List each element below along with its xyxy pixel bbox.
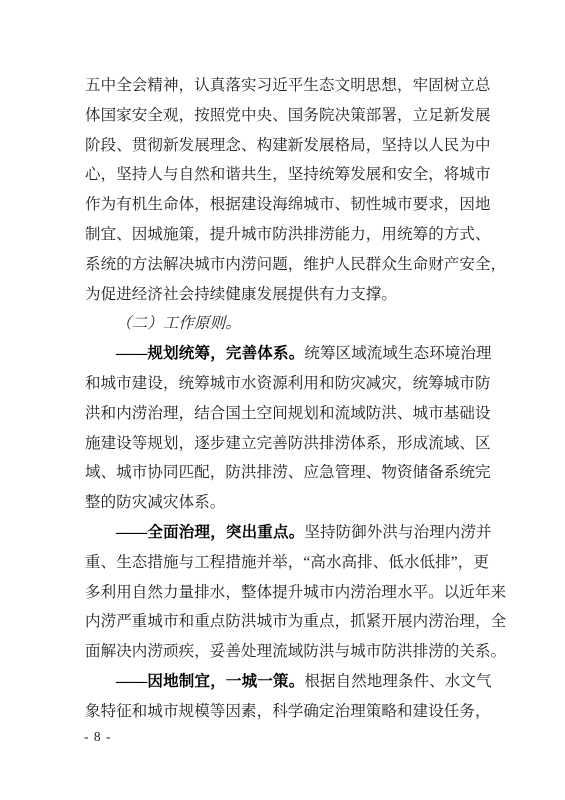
text-line: 内涝严重城市和重点防洪城市为重点，抓紧开展内涝治理，全: [85, 607, 492, 637]
emphasis-run: ——规划统筹，完善体系。: [116, 345, 304, 362]
text-run: 系统的方法解决城市内涝问题，维护人民群众生命财产安全，: [85, 256, 506, 273]
text-line: 域、城市协同匹配，防洪排涝、应急管理、物资储备系统完: [85, 458, 492, 488]
text-line: 和城市建设，统筹城市水资源利用和防灾减灾，统筹城市防: [85, 369, 492, 399]
text-run: 体国家安全观，按照党中央、国务院决策部署，立足新发展: [85, 107, 491, 124]
text-line: 心，坚持人与自然和谐共生，坚持统筹发展和安全，将城市: [85, 160, 492, 190]
text-run: 多利用自然力量排水，整体提升城市内涝治理水平。以近年来: [85, 584, 506, 601]
text-run: 根据自然地理条件、水文气: [304, 673, 491, 690]
text-line: （二）工作原则。: [85, 309, 492, 339]
text-run: 象特征和城市规模等因素，科学确定治理策略和建设任务，: [85, 703, 491, 720]
text-run: 洪和内涝治理，结合国土空间规划和流域防洪、城市基础设: [85, 405, 491, 422]
text-line: 制宜、因城施策，提升城市防洪排涝能力，用统筹的方式、: [85, 220, 492, 250]
text-line: 面解决内涝顽疾，妥善处理流域防洪与城市防洪排涝的关系。: [85, 637, 492, 667]
text-line: 为促进经济社会持续健康发展提供有力支撑。: [85, 280, 492, 310]
text-line: 五中全会精神，认真落实习近平生态文明思想，牢固树立总: [85, 71, 492, 101]
text-run: 心，坚持人与自然和谐共生，坚持统筹发展和安全，将城市: [85, 166, 491, 183]
text-line: 多利用自然力量排水，整体提升城市内涝治理水平。以近年来: [85, 578, 492, 608]
text-line: 施建设等规划，逐步建立完善防洪排涝体系，形成流域、区: [85, 429, 492, 459]
text-run: 坚持防御外洪与治理内涝并: [304, 524, 491, 541]
text-run: 阶段、贯彻新发展理念、构建新发展格局，坚持以人民为中: [85, 137, 491, 154]
text-run: 统筹区域流域生态环境治理: [304, 345, 491, 362]
text-run: 整的防灾减灾体系。: [85, 494, 225, 511]
text-run: 制宜、因城施策，提升城市防洪排涝能力，用统筹的方式、: [85, 226, 491, 243]
text-run: 和城市建设，统筹城市水资源利用和防灾减灾，统筹城市防: [85, 375, 491, 392]
text-line: 作为有机生命体，根据建设海绵城市、韧性城市要求，因地: [85, 190, 492, 220]
page-number: - 8 -: [84, 729, 112, 745]
text-line: 系统的方法解决城市内涝问题，维护人民群众生命财产安全，: [85, 250, 492, 280]
text-line: ——因地制宜，一城一策。根据自然地理条件、水文气: [85, 667, 492, 697]
document-body: 五中全会精神，认真落实习近平生态文明思想，牢固树立总体国家安全观，按照党中央、国…: [85, 71, 492, 727]
text-line: 象特征和城市规模等因素，科学确定治理策略和建设任务，: [85, 697, 492, 727]
text-run: 五中全会精神，认真落实习近平生态文明思想，牢固树立总: [85, 77, 491, 94]
text-run: （二）工作原则。: [116, 315, 241, 332]
emphasis-run: ——因地制宜，一城一策。: [116, 673, 304, 690]
text-line: 阶段、贯彻新发展理念、构建新发展格局，坚持以人民为中: [85, 131, 492, 161]
text-run: 施建设等规划，逐步建立完善防洪排涝体系，形成流域、区: [85, 435, 491, 452]
text-run: 域、城市协同匹配，防洪排涝、应急管理、物资储备系统完: [85, 464, 491, 481]
text-line: 重、生态措施与工程措施并举，“高水高排、低水低排”，更: [85, 548, 492, 578]
text-line: 洪和内涝治理，结合国土空间规划和流域防洪、城市基础设: [85, 399, 492, 429]
text-run: 作为有机生命体，根据建设海绵城市、韧性城市要求，因地: [85, 196, 491, 213]
document-page: 五中全会精神，认真落实习近平生态文明思想，牢固树立总体国家安全观，按照党中央、国…: [0, 0, 565, 800]
text-run: 重、生态措施与工程措施并举，“高水高排、低水低排”，更: [85, 554, 489, 571]
emphasis-run: ——全面治理，突出重点。: [116, 524, 304, 541]
text-run: 内涝严重城市和重点防洪城市为重点，抓紧开展内涝治理，全: [85, 613, 506, 630]
text-line: ——规划统筹，完善体系。统筹区域流域生态环境治理: [85, 339, 492, 369]
text-line: ——全面治理，突出重点。坚持防御外洪与治理内涝并: [85, 518, 492, 548]
text-run: 面解决内涝顽疾，妥善处理流域防洪与城市防洪排涝的关系。: [85, 643, 506, 660]
text-line: 体国家安全观，按照党中央、国务院决策部署，立足新发展: [85, 101, 492, 131]
text-run: 为促进经济社会持续健康发展提供有力支撑。: [85, 286, 397, 303]
text-line: 整的防灾减灾体系。: [85, 488, 492, 518]
